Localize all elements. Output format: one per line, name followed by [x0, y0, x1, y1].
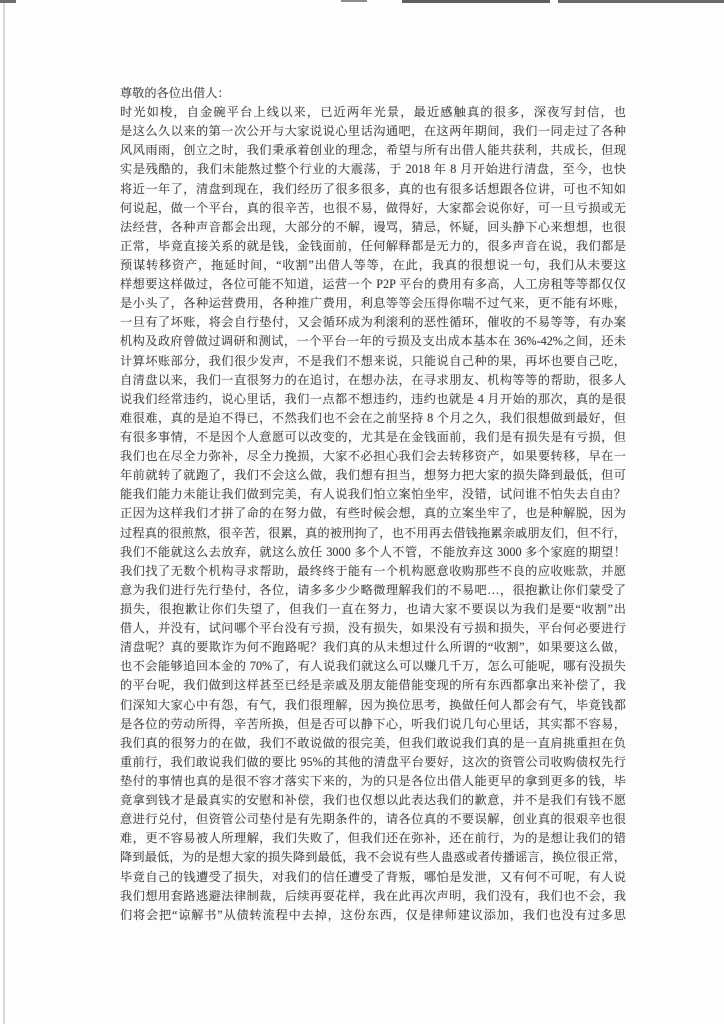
- letter-line: 是小头了，各种运营费用，各种推广费用，利息等等会压得你喘不过气来，更不能有坏账，: [120, 294, 626, 313]
- letter-line: 何说起，做一个平台，真的很辛苦，也很不易，做得好，大家都会说你好，可一旦亏损或无: [120, 199, 626, 218]
- letter-line: 将近一年了，清盘到现在，我们经历了很多很多，真的也有很多话想跟各位讲，可也不知如: [120, 180, 626, 199]
- letter-line: 时光如梭，自金碗平台上线以来，已近两年光景，最近感触真的很多，深夜写封信，也: [120, 103, 626, 122]
- scan-top-artifact: [558, 0, 724, 3]
- letter-line: 难很难，真的是迫不得已，不然我们也不会在之前坚持 8 个月之久，我们很想做到最好…: [120, 409, 626, 428]
- page-left-edge-artifact: [3, 0, 5, 1024]
- letter-line: 损失，很抱歉让你们失望了，但我们一直在努力，也请大家不要误以为我们是要“收割”出: [120, 600, 626, 619]
- letter-body: 时光如梭，自金碗平台上线以来，已近两年光景，最近感触真的很多，深夜写封信，也是这…: [120, 103, 626, 925]
- letter-line: 清盘呢？真的要欺诈为何不跑路呢？我们真的从未想过什么所谓的“收割”，如果要这么做…: [120, 638, 626, 657]
- letter-line: 风风雨雨，创立之时，我们秉承着创业的理念，希望与所有出借人能共获利，共成长，但现: [120, 141, 626, 160]
- letter-line: 有很多事情，不是因个人意愿可以改变的，尤其是在金钱面前，我们是有损失是有亏损，但: [120, 428, 626, 447]
- letter-line: 计算坏账部分，我们很少发声，不是我们不想来说，只能说自己种的果，再坏也要自己吃，: [120, 352, 626, 371]
- letter-line: 降到最低，为的是想大家的损失降到最低，我不会说有些人蛊惑或者传播谣言，换位很正常…: [120, 848, 626, 867]
- letter-line: 借人，并没有，试问哪个平台没有亏损，没有损失，如果没有亏损和损失，平台何必要进行: [120, 619, 626, 638]
- letter-line: 们深知大家心中有怨，有气，我们很理解，因为换位思考，换做任何人都会有气，毕竟钱都: [120, 696, 626, 715]
- scan-top-artifact: [402, 0, 550, 3]
- letter-line: 实是残酷的，我们未能熬过整个行业的大震荡，于 2018 年 8 月开始进行清盘，…: [120, 160, 626, 179]
- letter-line: 也不会能够追回本金的 70%了，有人说我们就这么可以赚几千万，怎么可能呢，哪有没…: [120, 657, 626, 676]
- letter-line: 我们也在尽全力弥补，尽全力挽损，大家不必担心我们会去转移资产，如果要转移，早在一: [120, 447, 626, 466]
- letter-line: 我们真的很努力的在做，我们不敢说做的很完美，但我们敢说我们真的是一直肩挑重担在负: [120, 734, 626, 753]
- letter-line: 样想要这样做过，各位可能不知道，运营一个 P2P 平台的费用有多高，人工房租等等…: [120, 275, 626, 294]
- letter-line: 自清盘以来，我们一直很努力的在追讨，在想办法，在寻求朋友、机构等等的帮助，很多人: [120, 371, 626, 390]
- letter-line: 的平台呢，我们做到这样甚至已经是亲戚及朋友能借能变现的所有东西都拿出来补偿了，我: [120, 676, 626, 695]
- letter-line: 我们找了无数个机构寻求帮助，最终终于能有一个机构愿意收购那些不良的应收账款，并愿: [120, 562, 626, 581]
- letter-line: 正常，毕竟直接关系的就是钱，金钱面前，任何解释都是无力的，很多声音在说，我们都是: [120, 237, 626, 256]
- letter-line: 能我们能力未能让我们做到完美，有人说我们怕立案怕坐牢，没错，试问谁不怕失去自由？: [120, 485, 626, 504]
- letter-line: 难，更不容易被人所理解，我们失败了，但我们还在弥补，还在前行，为的是想让我们的错: [120, 829, 626, 848]
- letter-line: 竟拿到钱才是最真实的安慰和补偿，我们也仅想以此表达我们的歉意，并不是我们有钱不愿: [120, 791, 626, 810]
- letter-line: 年前就转了就跑了，我们不会这么做，我们想有担当，想努力把大家的损失降到最低，但可: [120, 466, 626, 485]
- letter-line: 是这么久以来的第一次公开与大家说说心里话沟通吧，在这两年期间，我们一同走过了各种: [120, 122, 626, 141]
- letter-line: 说我们经常违约，说心里话，我们一点都不想违约，违约也就是 4 月开始的那次，真的…: [120, 390, 626, 409]
- letter-line: 重前行，我们敢说我们做的要比 95%的其他的清盘平台要好，这次的资管公司收购债权…: [120, 753, 626, 772]
- scanned-letter-page: 尊敬的各位出借人： 时光如梭，自金碗平台上线以来，已近两年光景，最近感触真的很多…: [0, 0, 724, 1024]
- letter-line: 过程真的很煎熬，很辛苦，很累，真的被刑拘了，也不用再去借钱拖累亲戚朋友们，但不行…: [120, 524, 626, 543]
- letter-line: 意为我们进行先行垫付，各位，请多多少少略微理解我们的不易吧…，很抱歉让你们蒙受了: [120, 581, 626, 600]
- letter-line: 正因为这样我们才拼了命的在努力做，有些时候会想，真的立案坐牢了，也是种解脱，因为: [120, 504, 626, 523]
- letter-line: 意进行兑付，但资管公司垫付是有先期条件的，请各位真的不要误解，创业真的很艰辛也很: [120, 810, 626, 829]
- letter-line: 是各位的劳动所得，辛苦所换，但是否可以静下心，听我们说几句心里话，其实都不容易，: [120, 715, 626, 734]
- letter-line: 毕竟自己的钱遭受了损失，对我们的信任遭受了背叛，哪怕是发泄，又有何不可呢，有人说: [120, 868, 626, 887]
- letter-line: 机构及政府曾做过调研和测试，一个平台一年的亏损及支出成本基本在 36%-42%之…: [120, 332, 626, 351]
- letter-line: 我们不能就这么去放弃，就这么放任 3000 多个人不管，不能放弃这 3000 多…: [120, 543, 626, 562]
- scan-top-artifact: [0, 0, 16, 3]
- letter-salutation: 尊敬的各位出借人：: [120, 84, 626, 103]
- letter-line: 垫付的事情也真的是很不容才落实下来的，为的只是各位出借人能更早的拿到更多的钱，毕: [120, 772, 626, 791]
- letter-line: 法经营，各种声音都会出现，大部分的不解，谩骂，猜忌，怀疑，回头静下心来想想，也很: [120, 218, 626, 237]
- letter-line: 们将会把“谅解书”从债转流程中去掉，这份东西，仅是律师建议添加，我们也没有过多思: [120, 906, 626, 925]
- letter-line: 预谋转移资产，拖延时间，“收割”出借人等等，在此，我真的很想说一句，我们从未要这: [120, 256, 626, 275]
- scan-top-artifact: [341, 0, 367, 2]
- letter-text-block: 尊敬的各位出借人： 时光如梭，自金碗平台上线以来，已近两年光景，最近感触真的很多…: [120, 84, 626, 925]
- letter-line: 一旦有了坏账，将会自行垫付，又会循环成为利滚利的恶性循环，催收的不易等等，有办案: [120, 313, 626, 332]
- letter-line: 我们想用套路逃避法律制裁，后续再耍花样，我在此再次声明，我们没有，我们也不会，我: [120, 887, 626, 906]
